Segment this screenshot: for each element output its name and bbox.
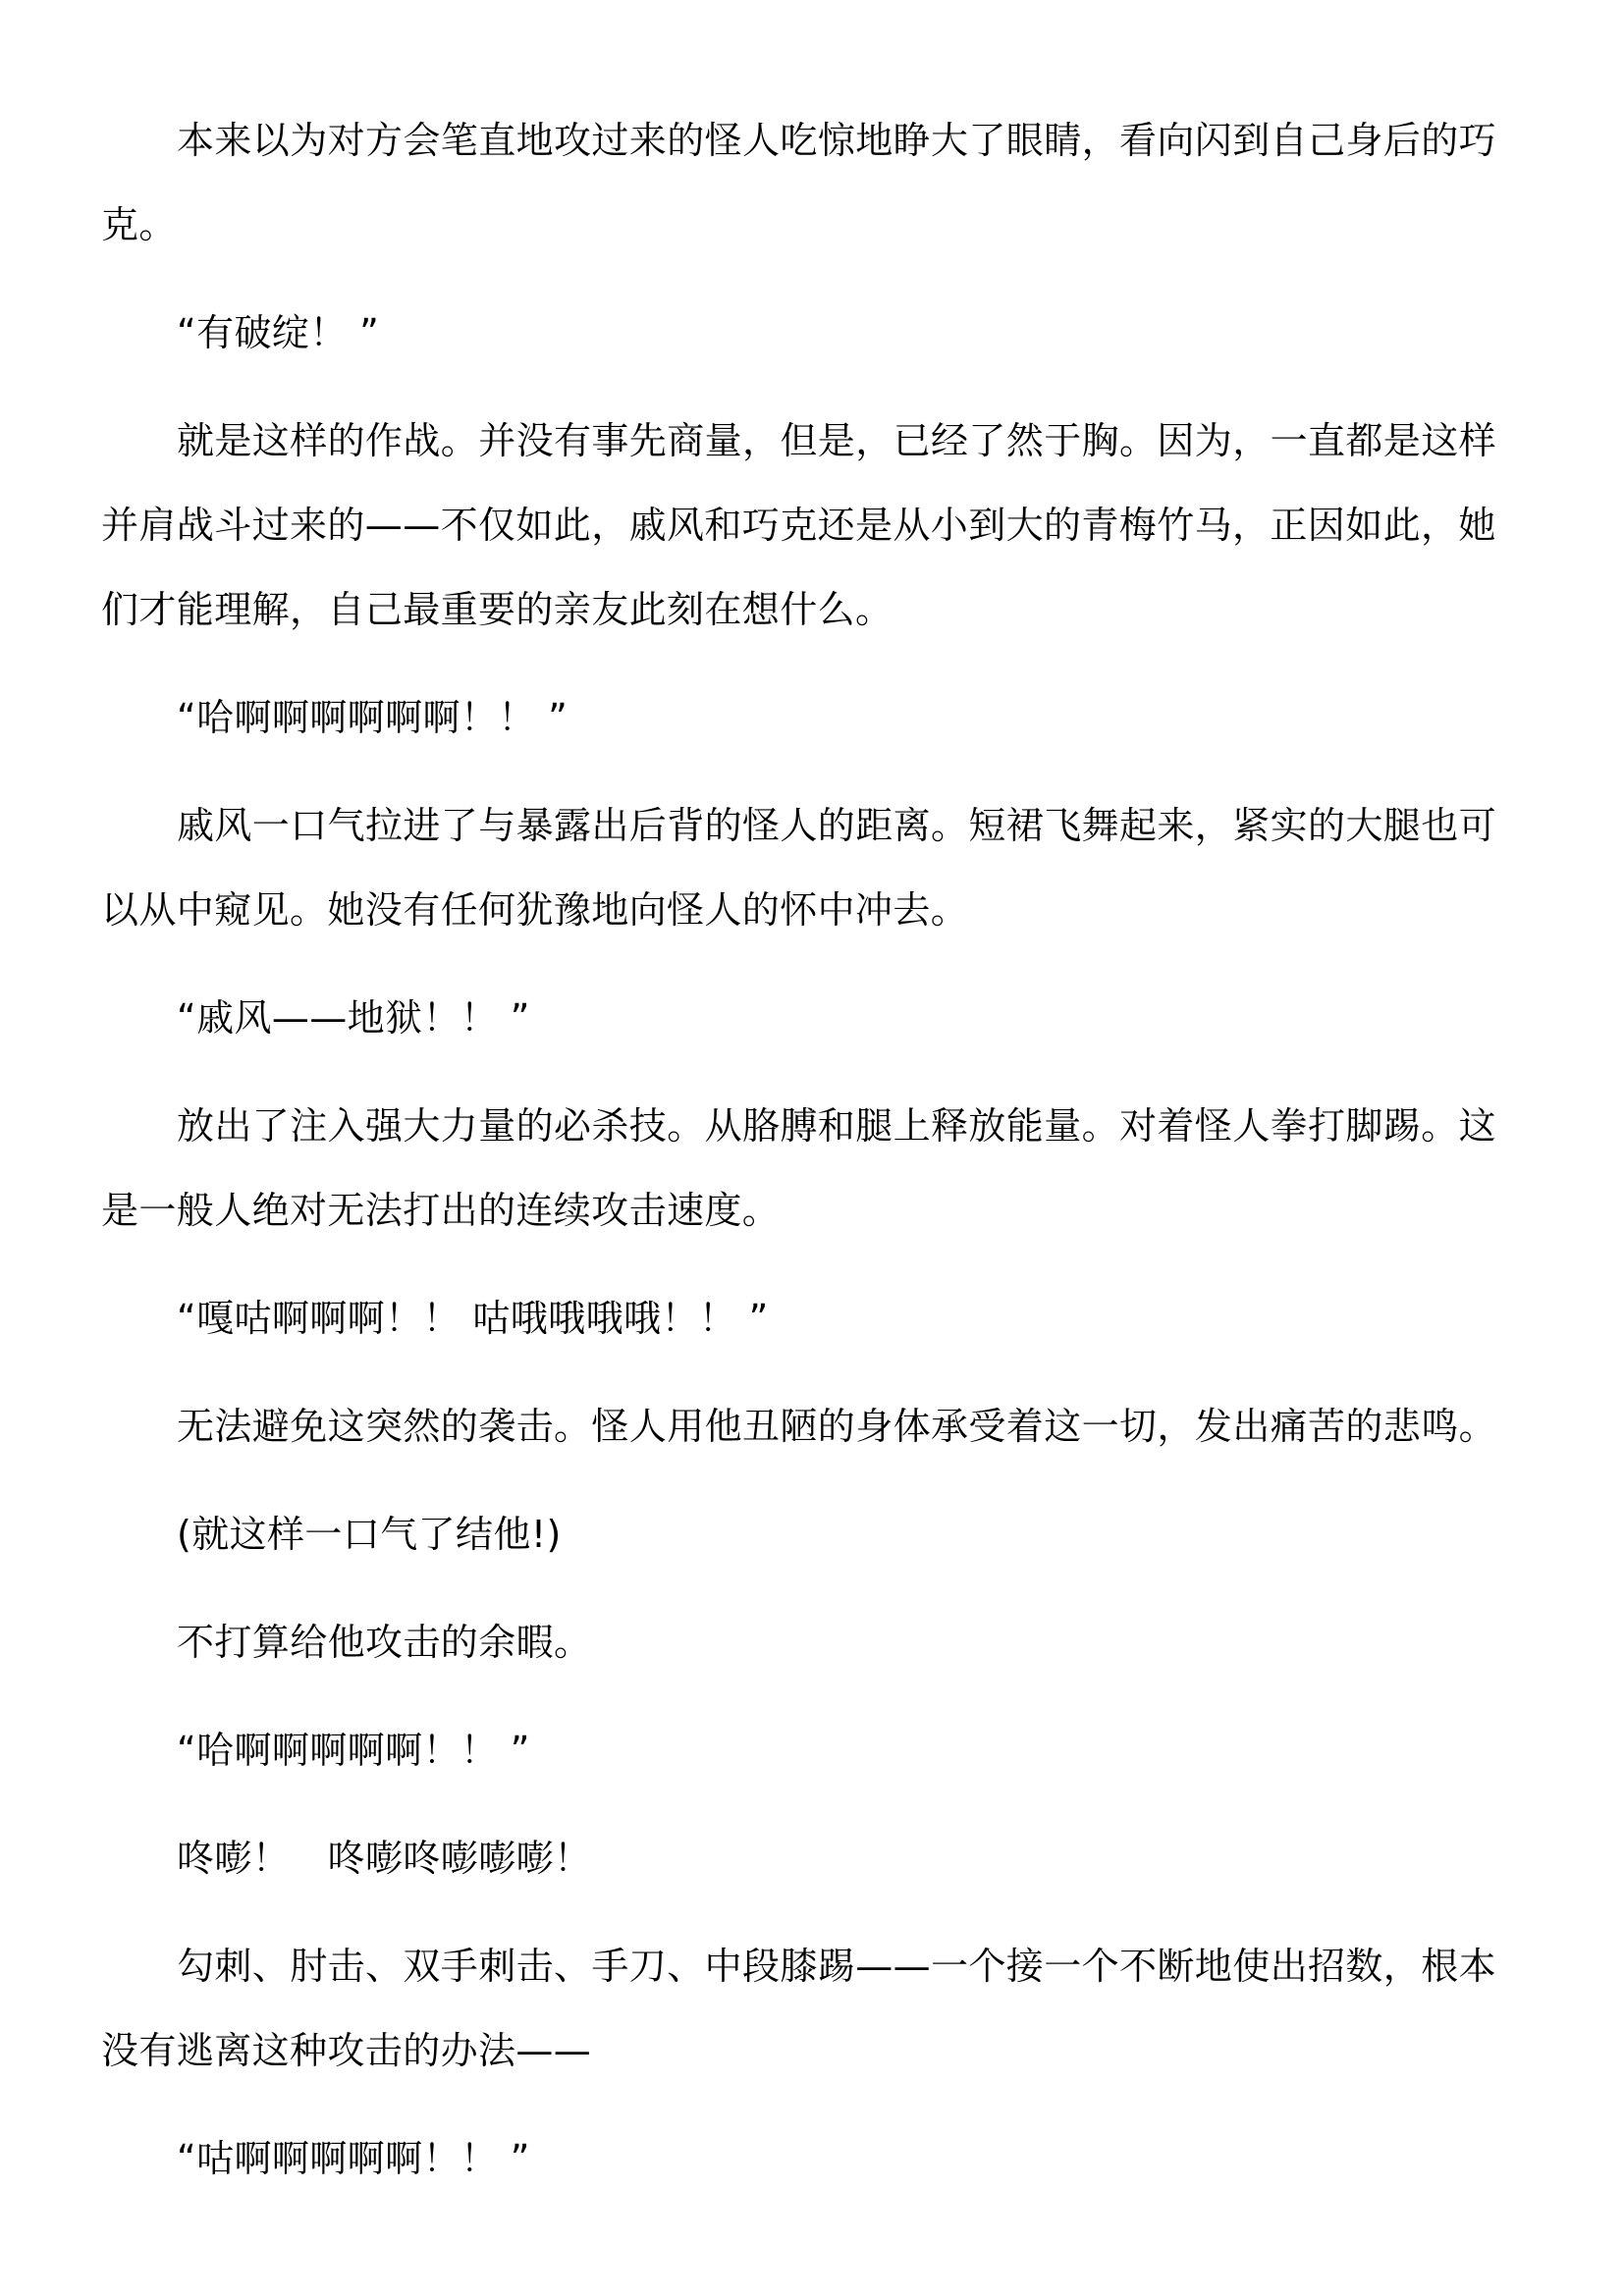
text-line: 放出了注入强大力量的必杀技。从胳膊和腿上释放能量。对着怪人拳打脚踢。这 <box>101 1084 1515 1168</box>
text-line: 是一般人绝对无法打出的连续攻击速度。 <box>101 1168 1515 1253</box>
text-line: 们才能理解，自己最重要的亲友此刻在想什么。 <box>101 567 1515 652</box>
text-line: 没有逃离这种攻击的办法—— <box>101 2008 1515 2093</box>
text-line: 并肩战斗过来的——不仅如此，戚风和巧克还是从小到大的青梅竹马，正因如此，她 <box>101 483 1515 567</box>
dialogue-line: “戚风——地狱！！ ” <box>101 976 1515 1060</box>
paragraph-5: 戚风一口气拉进了与暴露出后背的怪人的距离。短裙飞舞起来，紧实的大腿也可 以从中窥… <box>101 783 1515 952</box>
paragraph-8: “嘎咕啊啊啊！！ 咕哦哦哦哦！！ ” <box>101 1276 1515 1361</box>
text-line: 克。 <box>101 183 1515 267</box>
paragraph-14: 勾刺、肘击、双手刺击、手刀、中段膝踢——一个接一个不断地使出招数，根本 没有逃离… <box>101 1924 1515 2093</box>
text-line: 戚风一口气拉进了与暴露出后背的怪人的距离。短裙飞舞起来，紧实的大腿也可 <box>101 783 1515 868</box>
dialogue-line: “咕啊啊啊啊啊！！ ” <box>101 2116 1515 2201</box>
text-line: 以从中窥见。她没有任何犹豫地向怪人的怀中冲去。 <box>101 868 1515 952</box>
paragraph-1: 本来以为对方会笔直地攻过来的怪人吃惊地睁大了眼睛，看向闪到自己身后的巧 克。 <box>101 98 1515 267</box>
dialogue-line: “有破绽！ ” <box>101 291 1515 375</box>
paragraph-13: 咚嘭！ 咚嘭咚嘭嘭嘭！ <box>101 1816 1515 1900</box>
paragraph-12: “哈啊啊啊啊啊！！ ” <box>101 1708 1515 1792</box>
paragraph-9: 无法避免这突然的袭击。怪人用他丑陋的身体承受着这一切，发出痛苦的悲鸣。 <box>101 1384 1515 1468</box>
text-line: 本来以为对方会笔直地攻过来的怪人吃惊地睁大了眼睛，看向闪到自己身后的巧 <box>101 98 1515 183</box>
dialogue-line: “嘎咕啊啊啊！！ 咕哦哦哦哦！！ ” <box>101 1276 1515 1361</box>
paragraph-6: “戚风——地狱！！ ” <box>101 976 1515 1060</box>
paragraph-15: “咕啊啊啊啊啊！！ ” <box>101 2116 1515 2201</box>
dialogue-line: “哈啊啊啊啊啊啊！！ ” <box>101 675 1515 760</box>
paragraph-2: “有破绽！ ” <box>101 291 1515 375</box>
document-page: 本来以为对方会笔直地攻过来的怪人吃惊地睁大了眼睛，看向闪到自己身后的巧 克。 “… <box>101 98 1515 2224</box>
paragraph-10: (就这样一口气了结他!) <box>101 1492 1515 1576</box>
text-line: 就是这样的作战。并没有事先商量，但是，已经了然于胸。因为，一直都是这样 <box>101 399 1515 483</box>
paragraph-11: 不打算给他攻击的余暇。 <box>101 1600 1515 1684</box>
dialogue-line: “哈啊啊啊啊啊！！ ” <box>101 1708 1515 1792</box>
paragraph-4: “哈啊啊啊啊啊啊！！ ” <box>101 675 1515 760</box>
thought-line: (就这样一口气了结他!) <box>101 1492 1515 1576</box>
text-line: 不打算给他攻击的余暇。 <box>101 1600 1515 1684</box>
paragraph-3: 就是这样的作战。并没有事先商量，但是，已经了然于胸。因为，一直都是这样 并肩战斗… <box>101 399 1515 652</box>
text-line: 无法避免这突然的袭击。怪人用他丑陋的身体承受着这一切，发出痛苦的悲鸣。 <box>101 1384 1515 1468</box>
sound-effect-line: 咚嘭！ 咚嘭咚嘭嘭嘭！ <box>101 1816 1515 1900</box>
paragraph-7: 放出了注入强大力量的必杀技。从胳膊和腿上释放能量。对着怪人拳打脚踢。这 是一般人… <box>101 1084 1515 1253</box>
text-line: 勾刺、肘击、双手刺击、手刀、中段膝踢——一个接一个不断地使出招数，根本 <box>101 1924 1515 2008</box>
